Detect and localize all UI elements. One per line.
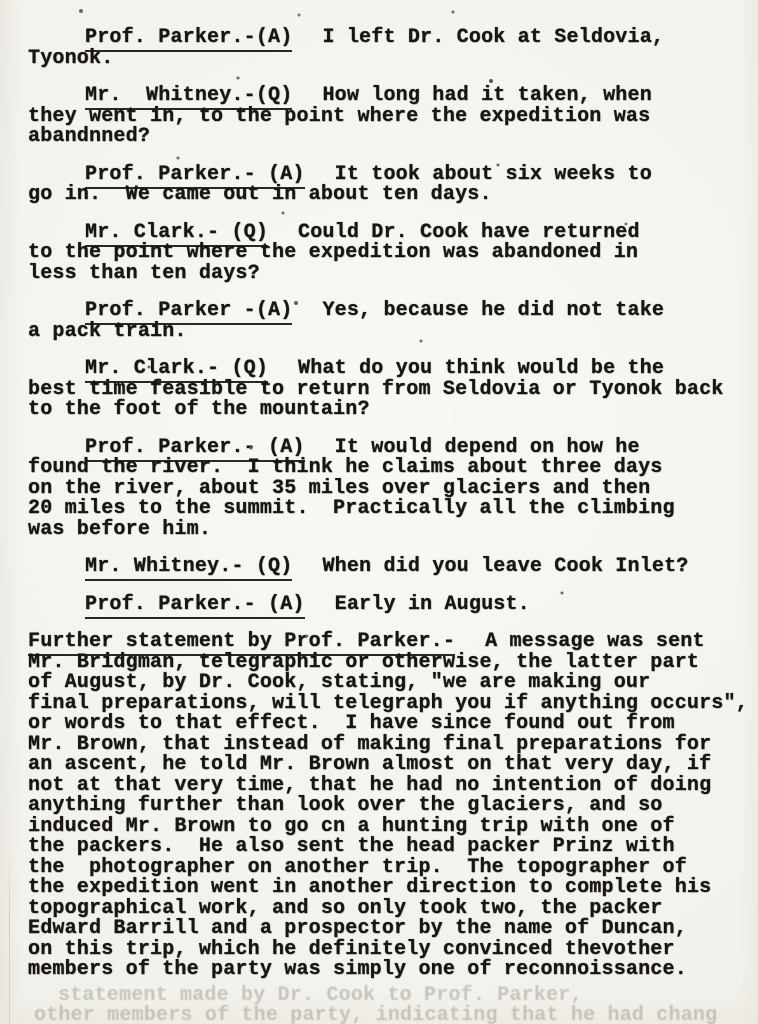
paragraph: Prof. Parker -(A)Yes, because he did not… (28, 301, 732, 342)
paragraph-first-line: Mr. Clark.- (Q)Could Dr. Cook have retur… (28, 223, 732, 244)
paragraph-first-line: Prof. Parker.- (A)It took about six week… (28, 165, 732, 186)
paragraph-first-line: Prof. Parker -(A)Yes, because he did not… (28, 301, 732, 322)
statement-text-line: of August, by Dr. Cook, stating, "we are… (28, 673, 732, 694)
speaker-label: Prof. Parker.- (A) (85, 593, 305, 619)
paragraph-first-line: Mr. Whitney.-(Q)How long had it taken, w… (28, 86, 732, 107)
speaker-label: Mr. Whitney.- (Q) (85, 555, 292, 581)
paragraph-first-line: Prof. Parker.- (A)Early in August. (28, 595, 732, 616)
speaker-label: Prof. Parker.-(A) (85, 26, 292, 52)
paragraph: Mr. Clark.- (Q)Could Dr. Cook have retur… (28, 223, 732, 285)
paragraph: Mr. Whitney.-(Q)How long had it taken, w… (28, 86, 732, 148)
statement-text-line: topographical work, and so only took two… (28, 899, 732, 920)
statement-text: When did you leave Cook Inlet? (322, 555, 688, 578)
statement-text: What do you think would be the (298, 357, 664, 380)
paragraph-first-line: Mr. Clark.- (Q)What do you think would b… (28, 359, 732, 380)
statement-text-line: abandnned? (28, 127, 732, 148)
statement-text-line: was before him. (28, 520, 732, 541)
paragraph: Prof. Parker.- (A)It would depend on how… (28, 438, 732, 541)
statement-text-line: 20 miles to the summit. Practically all … (28, 499, 732, 520)
statement-text-line: members of the party was simply one of r… (28, 960, 732, 981)
paragraph: Mr. Whitney.- (Q)When did you leave Cook… (28, 557, 732, 578)
statement-text: A message was sent (485, 630, 705, 653)
paragraph: Prof. Parker.- (A)It took about six week… (28, 165, 732, 206)
statement-text-line: found the river. I think he claims about… (28, 458, 732, 479)
bleedthrough-text-line: statement made by Dr. Cook to Prof. Park… (58, 986, 583, 1007)
paragraph: Prof. Parker.- (A)Early in August. (28, 595, 732, 616)
statement-text: Early in August. (335, 593, 530, 616)
statement-text-line: less than ten days? (28, 264, 732, 285)
statement-text-line: an ascent, he told Mr. Brown almost on t… (28, 755, 732, 776)
statement-text-line: not at that very time, that he had no in… (28, 776, 732, 797)
document-body: Prof. Parker.-(A)I left Dr. Cook at Seld… (28, 28, 732, 981)
statement-text-line: induced Mr. Brown to go cn a hunting tri… (28, 817, 732, 838)
statement-text-line: the photographer on another trip. The to… (28, 858, 732, 879)
statement-text-line: they went in, to the point where the exp… (28, 107, 732, 128)
statement-text-line: go in. We came out in about ten days. (28, 185, 732, 206)
fold-line (9, 845, 10, 1024)
statement-text-line: or words to that effect. I have since fo… (28, 714, 732, 735)
scanned-document-page: Prof. Parker.-(A)I left Dr. Cook at Seld… (0, 0, 758, 1024)
statement-text-line: Edward Barrill and a prospector by the n… (28, 919, 732, 940)
statement-text-line: a pack train. (28, 322, 732, 343)
paragraph-first-line: Mr. Whitney.- (Q)When did you leave Cook… (28, 557, 732, 578)
statement-text: I left Dr. Cook at Seldovia, (322, 26, 664, 49)
statement-text: Yes, because he did not take (322, 299, 664, 322)
statement-text-line: the expedition went in another direction… (28, 878, 732, 899)
paragraph: Mr. Clark.- (Q)What do you think would b… (28, 359, 732, 421)
paragraph: Further statement by Prof. Parker.-A mes… (28, 632, 732, 981)
paragraph-first-line: Prof. Parker.- (A)It would depend on how… (28, 438, 732, 459)
statement-text-line: best time feasible to return from Seldov… (28, 380, 732, 401)
statement-text-line: the packers. He also sent the head packe… (28, 837, 732, 858)
scan-specks (0, 0, 2, 2)
bleedthrough-text-line: other members of the party, indicating t… (34, 1006, 717, 1024)
statement-text-line: to the point where the expedition was ab… (28, 243, 732, 264)
paragraph-first-line: Further statement by Prof. Parker.-A mes… (28, 632, 732, 653)
paragraph: Prof. Parker.-(A)I left Dr. Cook at Seld… (28, 28, 732, 69)
statement-text-line: on this trip, which he definitely convin… (28, 940, 732, 961)
statement-text-line: Mr. Brown, that instead of making final … (28, 735, 732, 756)
statement-text-line: to the foot of the mountain? (28, 400, 732, 421)
statement-text: How long had it taken, when (322, 84, 651, 107)
statement-text-line: anything further than look over the glac… (28, 796, 732, 817)
statement-text-line: final preparations, will telegraph you i… (28, 694, 732, 715)
statement-text-line: on the river, about 35 miles over glacie… (28, 479, 732, 500)
statement-text-line: Mr. Bridgman, telegraphic or otherwise, … (28, 653, 732, 674)
paragraph-first-line: Prof. Parker.-(A)I left Dr. Cook at Seld… (28, 28, 732, 49)
